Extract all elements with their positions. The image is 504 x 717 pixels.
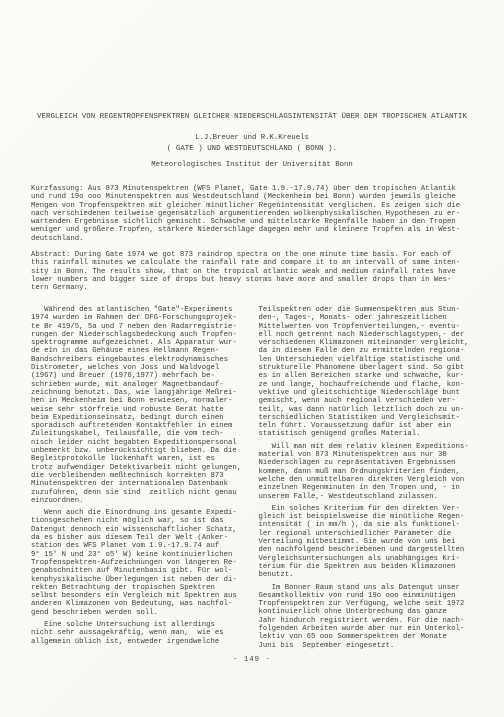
paragraph-bonn-dataset: Im Bonner Raum stand uns als Datengut un…	[259, 584, 479, 650]
kurzfassung-german-abstract: Kurzfassung: Aus 873 Minutenspektren (WF…	[31, 185, 481, 243]
paragraph-data-value: Wenn auch die Einordnung ins gesamte Exp…	[31, 509, 251, 617]
institution-line: Meteorologisches Institut der Universitä…	[0, 161, 504, 169]
paragraph-rain-intensity-criterion: Ein solches Kriterium für den direkten V…	[259, 505, 479, 580]
left-column: Während des atlantischen "Gate"-Experime…	[31, 306, 251, 650]
paragraph-gate-experiment: Während des atlantischen "Gate"-Experime…	[31, 306, 251, 505]
page-number: - 149 -	[0, 656, 504, 664]
paragraph-investigation: Eine solche Untersuchung ist allerdings …	[31, 621, 251, 646]
paper-title-line2: ( GATE ) UND WESTDEUTSCHLAND ( BONN ).	[0, 144, 504, 155]
authors-line: L.J.Breuer und R.K.Kreuels	[0, 134, 504, 142]
paragraph-ordering-criteria: Will man mit dem relativ kleinen Expedit…	[259, 443, 479, 501]
paper-title-line1: VERGLEICH VON REGENTROPFENSPEKTREN GLEIC…	[0, 112, 504, 123]
paragraph-spectra-comparison: Teilspektren oder die Summenspektren aus…	[259, 306, 479, 439]
english-abstract: Abstract: During Gate 1974 we got 873 ra…	[31, 251, 481, 292]
scanned-paper-page: VERGLEICH VON REGENTROPFENSPEKTREN GLEIC…	[0, 0, 504, 717]
right-column: Teilspektren oder die Summenspektren aus…	[259, 306, 479, 650]
body-columns: Während des atlantischen "Gate"-Experime…	[31, 306, 478, 650]
